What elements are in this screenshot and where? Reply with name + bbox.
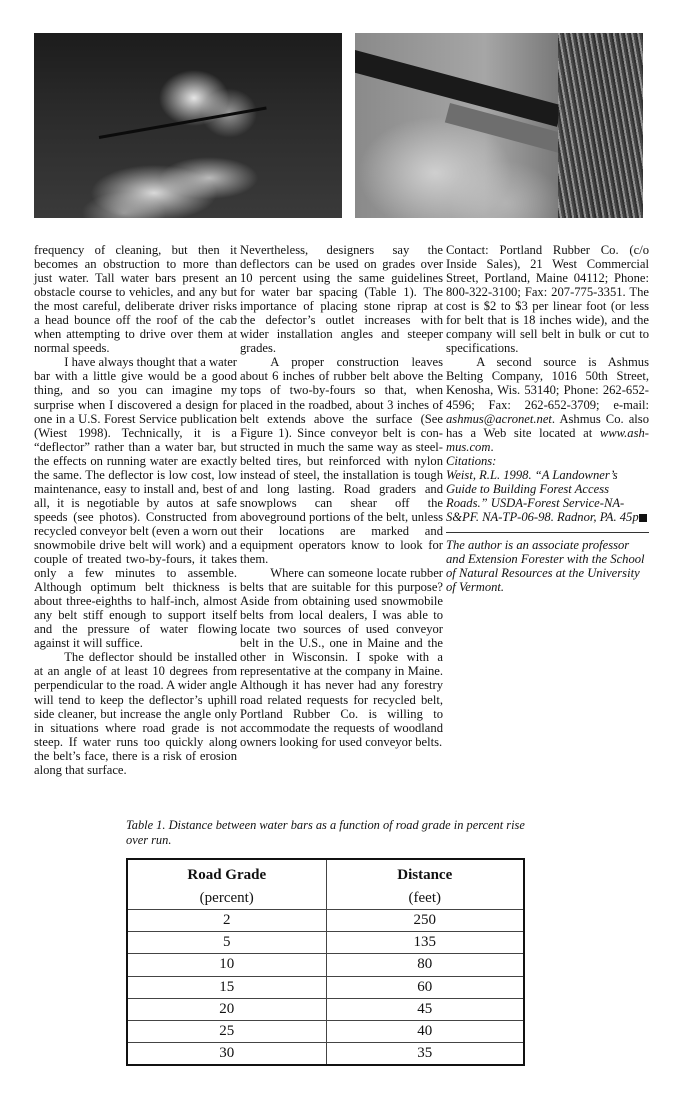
deflector-belt-shape [99, 107, 267, 139]
paragraph: I have always thought that a water bar w… [34, 355, 237, 650]
cell-distance: 45 [326, 998, 524, 1020]
citation: Weist, R.L. 1998. “A Landowner’s Guide t… [446, 468, 649, 524]
paragraph-second-source: A second source is Ashmus Belting Compan… [446, 355, 649, 453]
table-row: 2540 [127, 1020, 524, 1042]
table-row: 2250 [127, 910, 524, 932]
paragraph: Where can someone locate rub­ber belts t… [240, 566, 443, 749]
paragraph: The deflector should be installed at an … [34, 650, 237, 776]
table-row: 1560 [127, 976, 524, 998]
article-column-3: Contact: Portland Rubber Co. (c/o Inside… [446, 243, 649, 594]
cell-distance: 135 [326, 932, 524, 954]
article-column-1: frequency of cleaning, but then it becom… [34, 243, 237, 777]
photo-deflector-closeup [355, 33, 643, 218]
grass-texture [558, 33, 643, 218]
citation-text: Weist, R.L. 1998. “A Landowner’s Guide t… [446, 468, 642, 524]
paragraph: frequency of cleaning, but then it becom… [34, 243, 237, 355]
paragraph: Nevertheless, designers say the deflecto… [240, 243, 443, 355]
cell-grade: 25 [127, 1020, 326, 1042]
author-bio: The author is an associate professor and… [446, 538, 649, 594]
cell-grade: 10 [127, 954, 326, 976]
text: A second source is Ashmus Belting Compan… [446, 355, 649, 411]
photo-forest-road-deflector [34, 33, 342, 218]
table-row: 3035 [127, 1043, 524, 1066]
cell-distance: 35 [326, 1043, 524, 1066]
citations-heading: Citations: [446, 454, 649, 468]
cell-distance: 60 [326, 976, 524, 998]
table-header-row: Road Grade Distance [127, 859, 524, 887]
cell-distance: 40 [326, 1020, 524, 1042]
divider [446, 532, 649, 533]
header-distance: Distance [326, 859, 524, 887]
unit-percent: (percent) [127, 887, 326, 910]
cell-grade: 30 [127, 1043, 326, 1066]
water-bar-spacing-table: Road Grade Distance (percent) (feet) 225… [126, 858, 525, 1066]
table-row: 1080 [127, 954, 524, 976]
cell-distance: 250 [326, 910, 524, 932]
cell-grade: 20 [127, 998, 326, 1020]
table-row: 2045 [127, 998, 524, 1020]
cell-distance: 80 [326, 954, 524, 976]
cell-grade: 15 [127, 976, 326, 998]
text: . [490, 440, 493, 454]
table-caption: Table 1. Distance between water bars as … [126, 818, 531, 848]
table-row: 5135 [127, 932, 524, 954]
email-link[interactable]: ashmus@acronet.net [446, 412, 552, 426]
unit-feet: (feet) [326, 887, 524, 910]
article-column-2: Nevertheless, designers say the deflecto… [240, 243, 443, 749]
cell-grade: 2 [127, 910, 326, 932]
table-units-row: (percent) (feet) [127, 887, 524, 910]
header-road-grade: Road Grade [127, 859, 326, 887]
paragraph: A proper construction leaves about 6 inc… [240, 355, 443, 566]
end-of-article-square-icon [639, 514, 647, 522]
paragraph-contact: Contact: Portland Rubber Co. (c/o Inside… [446, 243, 649, 355]
cell-grade: 5 [127, 932, 326, 954]
